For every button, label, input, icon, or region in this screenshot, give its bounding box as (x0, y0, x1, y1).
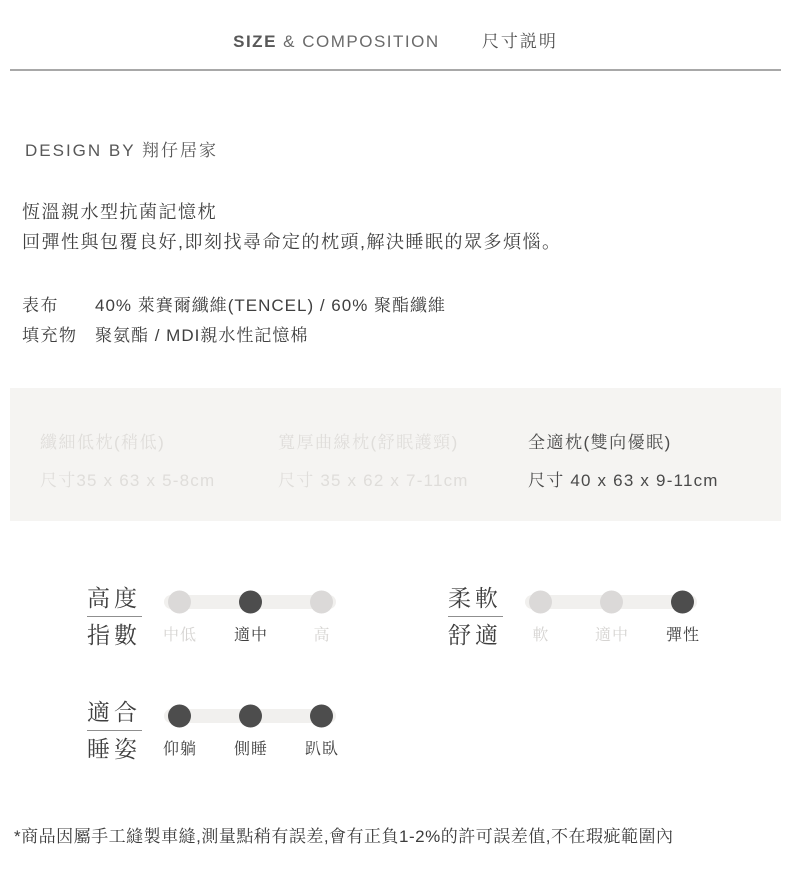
indicator-scale: 仰躺 側睡 趴臥 (164, 709, 336, 756)
indicator-label: 柔軟 舒適 (448, 588, 504, 645)
size-option-dimensions: 尺寸 40 x 63 x 9-11cm (528, 466, 719, 491)
design-by-line: DESIGN BY 翔仔居家 (25, 136, 218, 161)
indicator-label-line1: 適合 (87, 702, 143, 722)
scale-dot (168, 591, 191, 614)
size-options-box: 纖細低枕(稍低) 尺寸35 x 63 x 5-8cm 寬厚曲線枕(舒眠護頸) 尺… (10, 388, 781, 521)
indicator-row-1: 高度 指數 中低 適中 高 柔軟 舒適 (87, 586, 697, 645)
scale-dot (239, 591, 262, 614)
scale-dot (239, 705, 262, 728)
scale-label: 趴臥 (305, 736, 339, 759)
size-option-name: 纖細低枕(稍低) (40, 428, 215, 453)
scale-label: 軟 (532, 622, 549, 645)
indicator-track (525, 595, 697, 609)
scale-dot (671, 591, 694, 614)
scale-dot (310, 705, 333, 728)
brand-name: 翔仔居家 (142, 141, 218, 160)
indicator-label-line2: 睡姿 (87, 739, 143, 759)
size-option-dimensions: 尺寸35 x 63 x 5-8cm (40, 466, 215, 491)
material-row-fabric: 表布 40% 萊賽爾纖維(TENCEL) / 60% 聚酯纖維 (22, 291, 446, 321)
size-option-wide-curve[interactable]: 寬厚曲線枕(舒眠護頸) 尺寸 35 x 62 x 7-11cm (278, 428, 469, 491)
material-value: 40% 萊賽爾纖維(TENCEL) / 60% 聚酯纖維 (95, 291, 446, 321)
size-option-all-fit[interactable]: 全適枕(雙向優眠) 尺寸 40 x 63 x 9-11cm (528, 428, 719, 491)
size-option-slim-low[interactable]: 纖細低枕(稍低) 尺寸35 x 63 x 5-8cm (40, 428, 215, 491)
product-intro: 恆溫親水型抗菌記憶枕 回彈性與包覆良好,即刻找尋命定的枕頭,解決睡眠的眾多煩惱。 (22, 197, 562, 257)
indicator-scale: 中低 適中 高 (164, 595, 336, 642)
scale-label: 仰躺 (163, 736, 197, 759)
scale-labels: 中低 適中 高 (164, 622, 336, 642)
scale-dot (600, 591, 623, 614)
indicator-label-divider (87, 616, 142, 617)
indicator-scale: 軟 適中 彈性 (525, 595, 697, 642)
scale-label: 彈性 (666, 622, 700, 645)
size-option-name: 寬厚曲線枕(舒眠護頸) (278, 428, 469, 453)
product-name: 恆溫親水型抗菌記憶枕 (22, 197, 562, 227)
scale-label: 適中 (234, 622, 268, 645)
materials-list: 表布 40% 萊賽爾纖維(TENCEL) / 60% 聚酯纖維 填充物 聚氨酯 … (22, 291, 446, 351)
scale-label: 適中 (595, 622, 629, 645)
indicator-track (164, 595, 336, 609)
scale-label: 高 (313, 622, 330, 645)
scale-dot (310, 591, 333, 614)
indicator-label: 高度 指數 (87, 588, 143, 645)
indicator-label-line2: 指數 (87, 625, 143, 645)
sleep-position-indicator: 適合 睡姿 仰躺 側睡 趴臥 (87, 700, 336, 759)
indicator-label-divider (448, 616, 503, 617)
height-index-indicator: 高度 指數 中低 適中 高 (87, 586, 336, 645)
header-title-zh: 尺寸説明 (482, 32, 558, 51)
scale-dot (168, 705, 191, 728)
scale-label: 中低 (163, 622, 197, 645)
size-option-dimensions: 尺寸 35 x 62 x 7-11cm (278, 466, 469, 491)
design-by-prefix: DESIGN BY (25, 141, 135, 160)
scale-labels: 仰躺 側睡 趴臥 (164, 736, 336, 756)
indicator-row-2: 適合 睡姿 仰躺 側睡 趴臥 (87, 700, 336, 759)
size-option-name: 全適枕(雙向優眠) (528, 428, 719, 453)
indicator-track (164, 709, 336, 723)
scale-dot (529, 591, 552, 614)
header-size-label: SIZE (233, 32, 277, 51)
header-composition-label: & COMPOSITION (283, 32, 439, 51)
scale-labels: 軟 適中 彈性 (525, 622, 697, 642)
size-composition-panel: SIZE & COMPOSITION 尺寸説明 DESIGN BY 翔仔居家 恆… (0, 0, 791, 886)
material-row-filling: 填充物 聚氨酯 / MDI親水性記憶棉 (22, 321, 446, 351)
indicator-label: 適合 睡姿 (87, 702, 143, 759)
header-divider (10, 69, 781, 71)
indicator-label-line2: 舒適 (448, 625, 504, 645)
indicator-label-line1: 高度 (87, 588, 143, 608)
indicator-label-divider (87, 730, 142, 731)
section-header: SIZE & COMPOSITION 尺寸説明 (0, 27, 791, 52)
softness-indicator: 柔軟 舒適 軟 適中 彈性 (448, 586, 697, 645)
scale-label: 側睡 (234, 736, 268, 759)
material-label: 表布 (22, 291, 95, 321)
measurement-disclaimer: *商品因屬手工縫製車縫,測量點稍有誤差,會有正負1-2%的許可誤差值,不在瑕疵範… (14, 822, 673, 847)
product-description: 回彈性與包覆良好,即刻找尋命定的枕頭,解決睡眠的眾多煩惱。 (22, 227, 562, 257)
material-label: 填充物 (22, 321, 95, 351)
material-value: 聚氨酯 / MDI親水性記憶棉 (95, 321, 308, 351)
indicator-label-line1: 柔軟 (448, 588, 504, 608)
